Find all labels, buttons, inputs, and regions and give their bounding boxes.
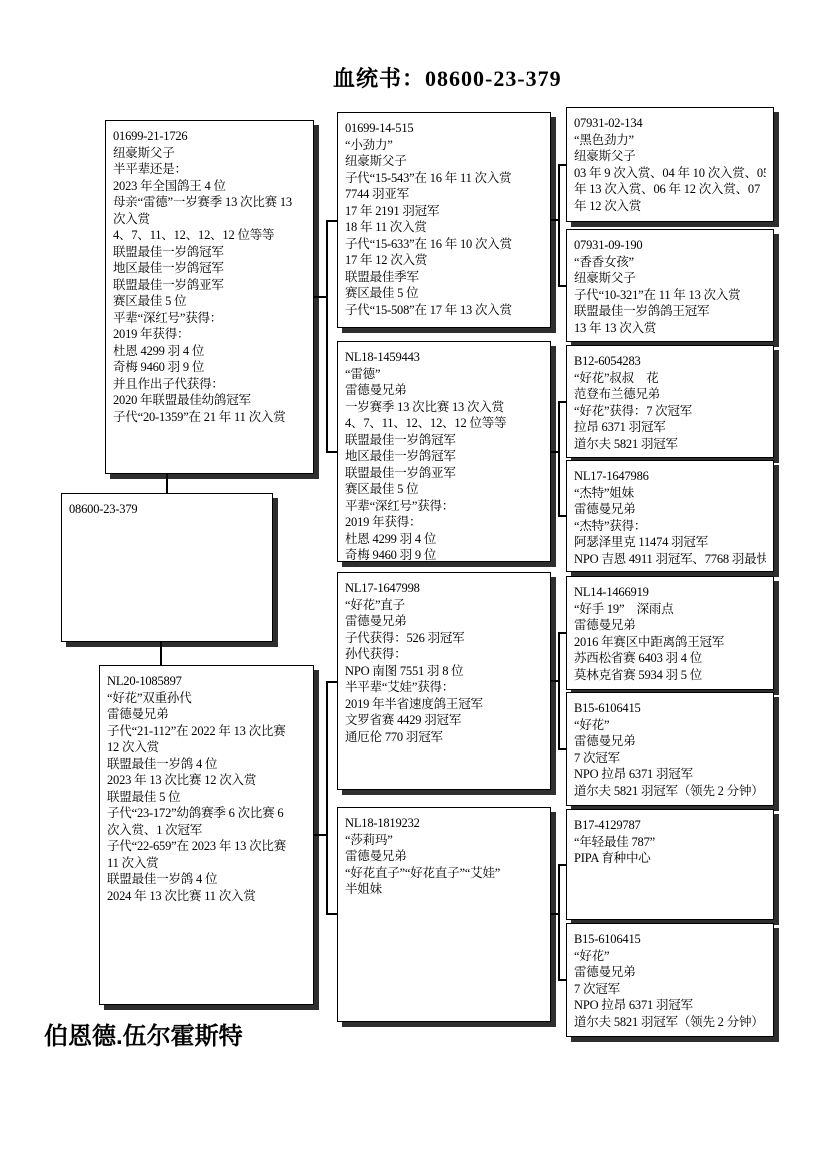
text-line: 杜恩 4299 羽 4 位 [113,343,306,360]
text-line: 奇梅 9460 羽 9 位 [113,359,306,376]
text-line: 雷德曼兄弟 [107,706,306,723]
text-line: 次入赏 [113,211,306,228]
connector-line [551,451,558,453]
pedigree-box-sire-dam-dam: NL17-1647986“杰特”姐妹雷德曼兄弟“杰特”获得：阿瑟泽里克 1147… [566,460,774,572]
connector-line [558,401,566,403]
text-line: “好花”直子 [345,597,543,614]
text-line: 4、7、11、12、12、12 位等等 [113,227,306,244]
text-line: 17 年 2191 羽冠军 [345,203,543,220]
text-line: 平辈“深红号”获得： [345,498,543,515]
text-line: 联盟最佳一岁鸽冠军 [345,432,543,449]
text-line: NL18-1819232 [345,815,543,832]
text-line: 苏西松省赛 6403 羽 4 位 [574,650,766,667]
text-line: 阿瑟泽里克 11474 羽冠军 [574,534,766,551]
connector-line [326,220,337,222]
text-line: NL14-1466919 [574,584,766,601]
text-line: 03 年 9 次入赏、04 年 10 次入赏、05 [574,165,766,182]
connector-line [326,681,337,683]
text-line: 7 次冠军 [574,981,766,998]
text-line: B17-4129787 [574,817,766,834]
text-line: 12 次入赏 [107,739,306,756]
text-line: 雷德曼兄弟 [574,733,766,750]
connector-line [558,285,566,287]
pedigree-box-dam: NL20-1085897“好花”双重孙代雷德曼兄弟子代“21-112”在 202… [99,665,314,1005]
text-line: “好花”获得：7 次冠军 [574,403,766,420]
text-line: 01699-21-1726 [113,128,306,145]
text-line: 奇梅 9460 羽 9 位 [345,547,543,564]
pedigree-box-sire-sire-dam: 07931-09-190“香香女孩”纽豪斯父子子代“10-321”在 11 年 … [566,229,774,342]
text-line: 赛区最佳 5 位 [113,293,306,310]
pedigree-box-sire-sire-sire: 07931-02-134“黑色劲力”纽豪斯父子03 年 9 次入赏、04 年 1… [566,107,774,222]
text-line: 2019 年半省速度鸽王冠军 [345,696,543,713]
text-line: “好手 19” 深雨点 [574,601,766,618]
text-line: NL17-1647998 [345,580,543,597]
text-line: 平辈“深红号”获得： [113,310,306,327]
pedigree-box-subject: 08600-23-379 [61,493,273,642]
pedigree-box-sire-sire: 01699-14-515“小劲力”纽豪斯父子子代“15-543”在 16 年 1… [337,112,551,328]
text-line: 半平辈还是： [113,161,306,178]
text-line: 08600-23-379 [69,501,265,518]
text-line: 赛区最佳 5 位 [345,481,543,498]
connector-line [551,680,558,682]
text-line: 纽豪斯父子 [345,153,543,170]
pedigree-box-sire: 01699-21-1726纽豪斯父子半平辈还是：2023 年全国鸽王 4 位母亲… [105,120,314,474]
text-line: “年轻最佳 787” [574,834,766,851]
connector-line [314,296,326,298]
text-line: 子代“22-659”在 2023 年 13 次比赛 [107,838,306,855]
text-line: “好花直子”“好花直子”“艾娃” [345,865,543,882]
text-line: 年 12 次入赏 [574,198,766,215]
text-line: 赛区最佳 5 位 [345,285,543,302]
text-line: 子代“15-508”在 17 年 13 次入赏 [345,302,543,319]
text-line: 联盟最佳季军 [345,269,543,286]
connector-line [558,164,560,287]
text-line: 子代“21-112”在 2022 年 13 次比赛 [107,723,306,740]
text-line: B15-6106415 [574,700,766,717]
text-line: “好花” [574,948,766,965]
text-line: 联盟最佳一岁鸽亚军 [345,465,543,482]
text-line: NPO 吉恩 4911 羽冠军、7768 羽最快 [574,551,766,568]
text-line: NL20-1085897 [107,673,306,690]
pedigree-box-dam-sire-sire: NL14-1466919“好手 19” 深雨点雷德曼兄弟2016 年赛区中距离鸽… [566,576,774,690]
text-line: “小劲力” [345,137,543,154]
text-line: 13 年 13 次入赏 [574,320,766,337]
page-title: 血统书：08600-23-379 [333,62,562,93]
pedigree-box-dam-dam-dam: B15-6106415“好花”雷德曼兄弟7 次冠军NPO 拉昂 6371 羽冠军… [566,923,774,1037]
text-line: 子代“20-1359”在 21 年 11 次入赏 [113,409,306,426]
connector-line [558,164,566,166]
connector-line [558,979,566,981]
connector-line [558,632,560,750]
text-line: B12-6054283 [574,353,766,370]
text-line: 纽豪斯父子 [574,148,766,165]
text-line: 17 年 12 次入赏 [345,252,543,269]
text-line: 2019 年获得： [345,514,543,531]
text-line: 07931-02-134 [574,115,766,132]
pedigree-box-sire-dam: NL18-1459443“雷德”雷德曼兄弟一岁赛季 13 次比赛 13 次入赏4… [337,341,551,562]
text-line: 2024 年 13 次比赛 11 次入赏 [107,888,306,905]
connector-line [558,401,560,517]
connector-line [326,681,328,915]
text-line: PIPA 育种中心 [574,850,766,867]
text-line: 联盟最佳 5 位 [107,789,306,806]
connector-line [558,864,566,866]
pedigree-box-dam-dam: NL18-1819232“莎莉玛”雷德曼兄弟“好花直子”“好花直子”“艾娃”半姐… [337,807,551,1022]
connector-line [326,451,337,453]
text-line: 11 次入赏 [107,855,306,872]
text-line: 杜恩 4299 羽 4 位 [345,531,543,548]
text-line: 联盟最佳一岁鸽亚军 [113,277,306,294]
text-line: “黑色劲力” [574,132,766,149]
text-line: 文罗省赛 4429 羽冠军 [345,712,543,729]
connector-line [558,632,566,634]
text-line: 孙代获得： [345,646,543,663]
text-line: 雷德曼兄弟 [574,617,766,634]
pedigree-box-dam-sire-dam: B15-6106415“好花”雷德曼兄弟7 次冠军NPO 拉昂 6371 羽冠军… [566,692,774,806]
text-line: 2016 年赛区中距离鸽王冠军 [574,634,766,651]
text-line: 子代“10-321”在 11 年 13 次入赏 [574,287,766,304]
pedigree-box-dam-dam-sire: B17-4129787“年轻最佳 787”PIPA 育种中心 [566,809,774,920]
text-line: 07931-09-190 [574,237,766,254]
text-line: 2023 年全国鸽王 4 位 [113,178,306,195]
text-line: 子代获得：526 羽冠军 [345,630,543,647]
text-line: “莎莉玛” [345,832,543,849]
text-line: “好花”叔叔 花 [574,370,766,387]
text-line: 通厄伦 770 羽冠军 [345,729,543,746]
text-line: 次入赏、1 次冠军 [107,822,306,839]
text-line: NPO 拉昂 6371 羽冠军 [574,997,766,1014]
text-line: NPO 拉昂 6371 羽冠军 [574,766,766,783]
text-line: 纽豪斯父子 [574,270,766,287]
connector-line [326,913,337,915]
text-line: “杰特”获得： [574,518,766,535]
text-line: 7744 羽亚军 [345,186,543,203]
text-line: 一岁赛季 13 次比赛 13 次入赏 [345,399,543,416]
connector-line [326,220,328,453]
text-line: “好花”双重孙代 [107,690,306,707]
text-line: 道尔夫 5821 羽冠军（领先 2 分钟） [574,1014,766,1031]
text-line: 母亲“雷德”一岁赛季 13 次比赛 13 [113,194,306,211]
text-line: 子代“23-172”幼鸽赛季 6 次比赛 6 [107,805,306,822]
text-line: 雷德曼兄弟 [574,501,766,518]
text-line: 并且作出子代获得： [113,376,306,393]
connector-line [558,515,566,517]
text-line: 年 13 次入赏、06 年 12 次入赏、07 [574,181,766,198]
breeder-name: 伯恩德.伍尔霍斯特 [44,1016,243,1051]
connector-line [166,474,168,493]
pedigree-box-sire-dam-sire: B12-6054283“好花”叔叔 花范登布兰德兄弟“好花”获得：7 次冠军拉昂… [566,345,774,458]
text-line: 子代“15-633”在 16 年 10 次入赏 [345,236,543,253]
text-line: 范登布兰德兄弟 [574,386,766,403]
text-line: “香香女孩” [574,254,766,271]
text-line: 雷德曼兄弟 [345,848,543,865]
text-line: 2023 年 13 次比赛 12 次入赏 [107,772,306,789]
text-line: 4、7、11、12、12、12 位等等 [345,415,543,432]
text-line: 道尔夫 5821 羽冠军（领先 2 分钟） [574,783,766,800]
text-line: 联盟最佳一岁鸽 4 位 [107,871,306,888]
text-line: 莫林克省赛 5934 羽 5 位 [574,667,766,684]
text-line: 联盟最佳一岁鸽冠军 [113,244,306,261]
connector-line [314,834,326,836]
text-line: NL18-1459443 [345,349,543,366]
connector-line [551,219,558,221]
pedigree-page: 血统书：08600-23-379 08600-23-379 01699-21-1… [0,0,820,1159]
text-line: NPO 南图 7551 羽 8 位 [345,663,543,680]
connector-line [160,642,162,665]
text-line: 2019 年获得： [113,326,306,343]
text-line: 纽豪斯父子 [113,145,306,162]
text-line: 联盟最佳一岁鸽 4 位 [107,756,306,773]
connector-line [558,748,566,750]
text-line: 雷德曼兄弟 [345,613,543,630]
connector-line [551,913,558,915]
text-line: 子代“15-543”在 16 年 11 次入赏 [345,170,543,187]
text-line: “雷德” [345,366,543,383]
text-line: 雷德曼兄弟 [345,382,543,399]
text-line: 01699-14-515 [345,120,543,137]
text-line: B15-6106415 [574,931,766,948]
text-line: 地区最佳一岁鸽冠军 [345,448,543,465]
pedigree-box-dam-sire: NL17-1647998“好花”直子雷德曼兄弟子代获得：526 羽冠军孙代获得：… [337,572,551,790]
text-line: “杰特”姐妹 [574,485,766,502]
text-line: 地区最佳一岁鸽冠军 [113,260,306,277]
text-line: 半姐妹 [345,881,543,898]
text-line: 7 次冠军 [574,750,766,767]
text-line: 18 年 11 次入赏 [345,219,543,236]
text-line: 半平辈“艾娃”获得： [345,679,543,696]
text-line: 道尔夫 5821 羽冠军 [574,436,766,453]
text-line: NL17-1647986 [574,468,766,485]
text-line: 雷德曼兄弟 [574,964,766,981]
connector-line [558,864,560,981]
text-line: 联盟最佳一岁鸽鸽王冠军 [574,303,766,320]
text-line: “好花” [574,717,766,734]
text-line: 2020 年联盟最佳幼鸽冠军 [113,392,306,409]
text-line: 拉昂 6371 羽冠军 [574,419,766,436]
